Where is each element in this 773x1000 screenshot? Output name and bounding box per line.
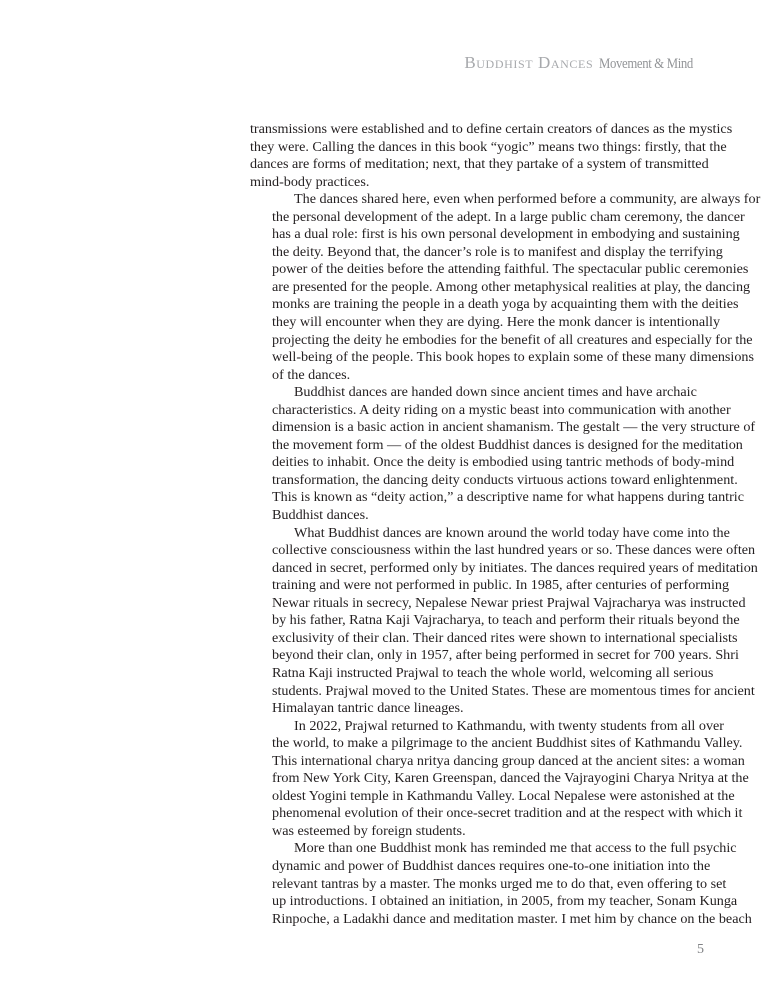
text-line: up introductions. I obtained an initiati… xyxy=(250,893,736,911)
text-line: Rinpoche, a Ladakhi dance and meditation… xyxy=(250,911,736,929)
text-line: danced in secret, performed only by init… xyxy=(250,560,736,578)
text-line: dynamic and power of Buddhist dances req… xyxy=(250,858,736,876)
text-line: phenomenal evolution of their once-secre… xyxy=(250,805,736,823)
text-line: Newar rituals in secrecy, Nepalese Newar… xyxy=(250,595,736,613)
running-header: Buddhist Dances Movement & Mind xyxy=(464,54,706,73)
text-line: of the dances. xyxy=(250,367,736,385)
text-line: characteristics. A deity riding on a mys… xyxy=(250,402,736,420)
text-line: More than one Buddhist monk has reminded… xyxy=(250,840,736,858)
paragraph: Buddhist dances are handed down since an… xyxy=(250,384,736,524)
body-text: transmissions were established and to de… xyxy=(250,121,736,928)
text-line: oldest Yogini temple in Kathmandu Valley… xyxy=(250,788,736,806)
text-line: Ratna Kaji instructed Prajwal to teach t… xyxy=(250,665,736,683)
text-line: training and were not performed in publi… xyxy=(250,577,736,595)
paragraph: In 2022, Prajwal returned to Kathmandu, … xyxy=(250,718,736,841)
text-line: mind-body practices. xyxy=(250,174,736,192)
paragraph: More than one Buddhist monk has reminded… xyxy=(250,840,736,928)
page-number: 5 xyxy=(697,942,704,958)
text-line: monks are training the people in a death… xyxy=(250,296,736,314)
text-line: they will encounter when they are dying.… xyxy=(250,314,736,332)
text-line: are presented for the people. Among othe… xyxy=(250,279,736,297)
text-line: the world, to make a pilgrimage to the a… xyxy=(250,735,736,753)
text-line: collective consciousness within the last… xyxy=(250,542,736,560)
text-line: Himalayan tantric dance lineages. xyxy=(250,700,736,718)
text-line: they were. Calling the dances in this bo… xyxy=(250,139,736,157)
text-line: students. Prajwal moved to the United St… xyxy=(250,683,736,701)
text-line: transformation, the dancing deity conduc… xyxy=(250,472,736,490)
text-line: Buddhist dances. xyxy=(250,507,736,525)
paragraph: What Buddhist dances are known around th… xyxy=(250,525,736,718)
text-line: projecting the deity he embodies for the… xyxy=(250,332,736,350)
paragraph: The dances shared here, even when perfor… xyxy=(250,191,736,384)
book-subtitle: Movement & Mind xyxy=(599,55,693,73)
text-line: was esteemed by foreign students. xyxy=(250,823,736,841)
text-line: by his father, Ratna Kaji Vajracharya, t… xyxy=(250,612,736,630)
text-line: beyond their clan, only in 1957, after b… xyxy=(250,647,736,665)
text-line: the personal development of the adept. I… xyxy=(250,209,736,227)
text-line: This is known as “deity action,” a descr… xyxy=(250,489,736,507)
text-line: What Buddhist dances are known around th… xyxy=(250,525,736,543)
paragraph: transmissions were established and to de… xyxy=(250,121,736,191)
text-line: In 2022, Prajwal returned to Kathmandu, … xyxy=(250,718,736,736)
text-line: dimension is a basic action in ancient s… xyxy=(250,419,736,437)
book-series-title: Buddhist Dances xyxy=(464,53,593,72)
text-line: The dances shared here, even when perfor… xyxy=(250,191,736,209)
text-line: relevant tantras by a master. The monks … xyxy=(250,876,736,894)
text-line: the movement form — of the oldest Buddhi… xyxy=(250,437,736,455)
text-line: This international charya nritya dancing… xyxy=(250,753,736,771)
text-line: from New York City, Karen Greenspan, dan… xyxy=(250,770,736,788)
text-line: exclusivity of their clan. Their danced … xyxy=(250,630,736,648)
text-line: Buddhist dances are handed down since an… xyxy=(250,384,736,402)
text-line: deities to inhabit. Once the deity is em… xyxy=(250,454,736,472)
text-line: power of the deities before the attendin… xyxy=(250,261,736,279)
text-line: well-being of the people. This book hope… xyxy=(250,349,736,367)
text-line: dances are forms of meditation; next, th… xyxy=(250,156,736,174)
text-line: the deity. Beyond that, the dancer’s rol… xyxy=(250,244,736,262)
text-line: transmissions were established and to de… xyxy=(250,121,736,139)
text-line: has a dual role: first is his own person… xyxy=(250,226,736,244)
